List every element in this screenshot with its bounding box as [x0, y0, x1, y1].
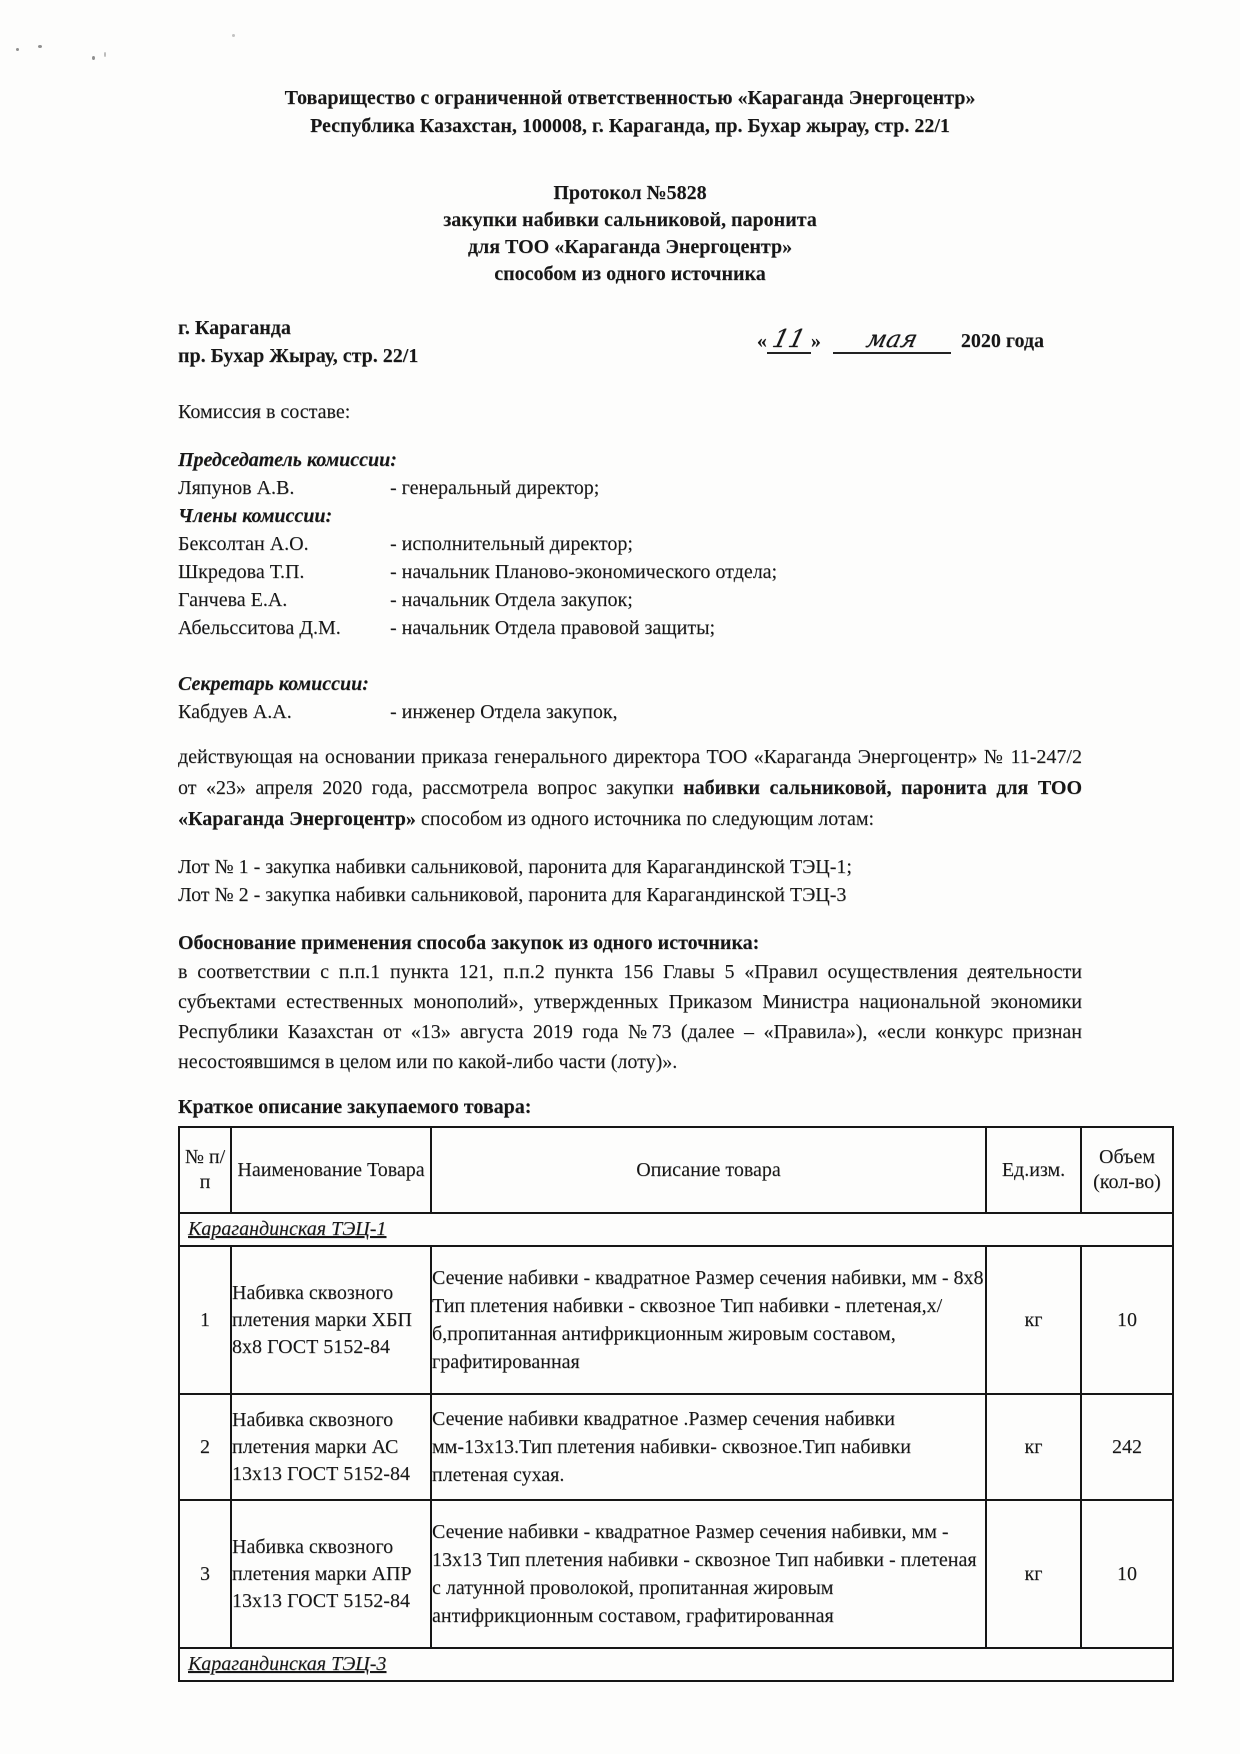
member-row: Бексолтан А.О. - исполнительный директор… [178, 530, 1082, 558]
chairman-row: Ляпунов А.В. - генеральный директор; [178, 474, 1082, 502]
section-row-tec3: Карагандинская ТЭЦ-3 [179, 1648, 1173, 1681]
date-open-quote: « [757, 330, 767, 352]
org-address: Республика Казахстан, 100008, г. Караган… [178, 112, 1082, 140]
secretary-row: Кабдуев А.А. - инженер Отдела закупок, [178, 698, 1082, 726]
date-month-underline: мая [833, 328, 951, 354]
member-row: Ганчева Е.А. - начальник Отдела закупок; [178, 586, 1082, 614]
date-year: 2020 года [961, 330, 1044, 352]
member-row: Абельсситова Д.М. - начальник Отдела пра… [178, 614, 1082, 642]
goods-table: № п/п Наименование Товара Описание товар… [178, 1126, 1174, 1682]
org-header: Товарищество с ограниченной ответственно… [178, 84, 1082, 140]
chairman-label: Председатель комиссии: [178, 446, 1082, 474]
justification-heading: Обоснование применения способа закупок и… [178, 929, 1082, 957]
place-city: г. Караганда [178, 314, 418, 342]
person-role: - инженер Отдела закупок, [390, 698, 618, 726]
table-header-row: № п/п Наименование Товара Описание товар… [179, 1127, 1173, 1213]
cell-unit: кг [986, 1246, 1081, 1394]
document-page: Товарищество с ограниченной ответственно… [0, 0, 1240, 1754]
date-day-underline: 11 [767, 328, 811, 354]
person-role: - исполнительный директор; [390, 530, 633, 558]
lots-list: Лот № 1 - закупка набивки сальниковой, п… [178, 853, 1082, 909]
table-row: 2 Набивка сквозного плетения марки АС 13… [179, 1394, 1173, 1500]
cell-qty: 242 [1081, 1394, 1173, 1500]
org-name: Товарищество с ограниченной ответственно… [178, 84, 1082, 112]
cell-name: Набивка сквозного плетения марки АПР 13х… [231, 1500, 431, 1648]
goods-table-heading: Краткое описание закупаемого товара: [178, 1093, 1082, 1121]
section-row-tec1: Карагандинская ТЭЦ-1 [179, 1213, 1173, 1246]
protocol-title: Протокол №5828 закупки набивки сальников… [178, 180, 1082, 288]
cell-qty: 10 [1081, 1500, 1173, 1648]
section-title: Карагандинская ТЭЦ-1 [188, 1218, 386, 1240]
lot-line: Лот № 2 - закупка набивки сальниковой, п… [178, 881, 1082, 909]
commission-intro: Комиссия в составе: [178, 398, 1082, 426]
justification-text: в соответствии с п.п.1 пункта 121, п.п.2… [178, 957, 1082, 1077]
acting-part2: способом из одного источника по следующи… [416, 808, 874, 830]
protocol-method: способом из одного источника [178, 261, 1082, 288]
protocol-number: Протокол №5828 [178, 180, 1082, 207]
table-row: 3 Набивка сквозного плетения марки АПР 1… [179, 1500, 1173, 1648]
cell-desc: Сечение набивки - квадратное Размер сече… [431, 1246, 986, 1394]
col-header-desc: Описание товара [431, 1127, 986, 1213]
acting-paragraph: действующая на основании приказа генерал… [178, 742, 1082, 835]
col-header-unit: Ед.изм. [986, 1127, 1081, 1213]
person-name: Ляпунов А.В. [178, 474, 390, 502]
handwritten-month: мая [864, 328, 920, 350]
cell-unit: кг [986, 1500, 1081, 1648]
person-role: - начальник Планово-экономического отдел… [390, 558, 777, 586]
person-name: Шкредова Т.П. [178, 558, 390, 586]
cell-num: 1 [179, 1246, 231, 1394]
member-row: Шкредова Т.П. - начальник Планово-эконом… [178, 558, 1082, 586]
col-header-num: № п/п [179, 1127, 231, 1213]
cell-name: Набивка сквозного плетения марки ХБП 8х8… [231, 1246, 431, 1394]
cell-desc: Сечение набивки квадратное .Размер сечен… [431, 1394, 986, 1500]
date-close-quote: » [811, 330, 821, 352]
section-title: Карагандинская ТЭЦ-3 [188, 1653, 386, 1675]
cell-unit: кг [986, 1394, 1081, 1500]
cell-num: 2 [179, 1394, 231, 1500]
protocol-company: для ТОО «Караганда Энергоцентр» [178, 234, 1082, 261]
person-name: Кабдуев А.А. [178, 698, 390, 726]
person-name: Бексолтан А.О. [178, 530, 390, 558]
protocol-subject: закупки набивки сальниковой, паронита [178, 207, 1082, 234]
table-row: 1 Набивка сквозного плетения марки ХБП 8… [179, 1246, 1173, 1394]
scanned-document: { "header": { "org_line1": "Товарищество… [0, 0, 1240, 1754]
members-label: Члены комиссии: [178, 502, 1082, 530]
person-name: Ганчева Е.А. [178, 586, 390, 614]
cell-qty: 10 [1081, 1246, 1173, 1394]
person-name: Абельсситова Д.М. [178, 614, 390, 642]
place-date-row: г. Караганда пр. Бухар Жырау, стр. 22/1 … [178, 314, 1082, 370]
place-street: пр. Бухар Жырау, стр. 22/1 [178, 342, 418, 370]
secretary-label: Секретарь комиссии: [178, 670, 1082, 698]
person-role: - генеральный директор; [390, 474, 599, 502]
person-role: - начальник Отдела правовой защиты; [390, 614, 715, 642]
col-header-qty: Объем (кол-во) [1081, 1127, 1173, 1213]
cell-name: Набивка сквозного плетения марки АС 13х1… [231, 1394, 431, 1500]
person-role: - начальник Отдела закупок; [390, 586, 633, 614]
place-block: г. Караганда пр. Бухар Жырау, стр. 22/1 [178, 314, 418, 370]
col-header-name: Наименование Товара [231, 1127, 431, 1213]
cell-num: 3 [179, 1500, 231, 1648]
handwritten-day: 11 [770, 328, 807, 350]
date-block: «11»мая2020 года [757, 328, 1044, 354]
lot-line: Лот № 1 - закупка набивки сальниковой, п… [178, 853, 1082, 881]
cell-desc: Сечение набивки - квадратное Размер сече… [431, 1500, 986, 1648]
